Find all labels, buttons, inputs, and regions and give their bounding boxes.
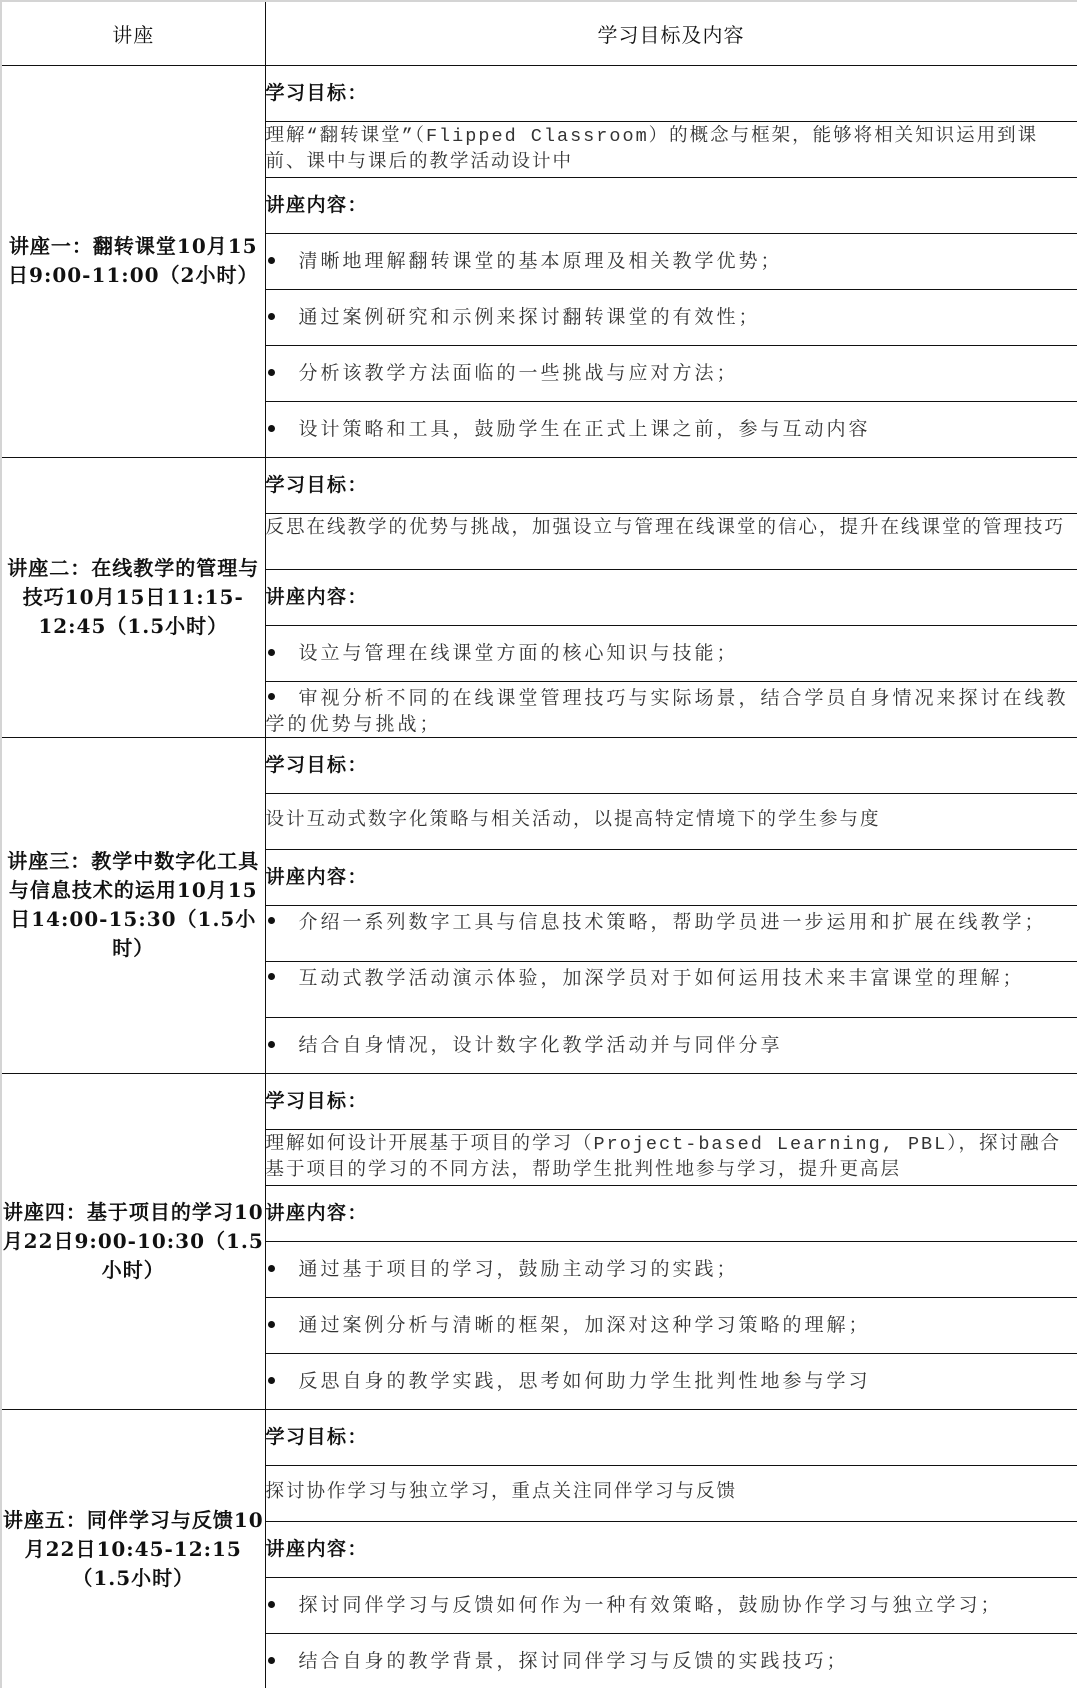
bullet-text: 设计策略和工具，鼓励学生在正式上课之前，参与互动内容 [299,418,871,440]
lecture-4-title: 讲座四：基于项目的学习10月22日9:00-10:30（1.5小时） [2,1073,265,1409]
column-header-lecture: 讲座 [2,2,265,65]
objectives-label: 学习目标： [265,65,1077,121]
bullet-text: 分析该教学方法面临的一些挑战与应对方法； [299,362,739,384]
bullet-text: 反思自身的教学实践，思考如何助力学生批判性地参与学习 [299,1370,871,1392]
content-label: 讲座内容： [265,569,1077,625]
lecture-3-objective: 设计互动式数字化策略与相关活动，以提高特定情境下的学生参与度 [265,793,1077,849]
lecture-5-objectives-label-row: 讲座五：同伴学习与反馈10月22日10:45-12:15（1.5小时） 学习目标… [2,1409,1077,1465]
lecture-2-objective: 反思在线教学的优势与挑战，加强设立与管理在线课堂的信心，提升在线课堂的管理技巧 [265,513,1077,569]
bullet-icon [268,1657,275,1664]
bullet-text: 审视分析不同的在线课堂管理技巧与实际场景，结合学员自身情况来探讨在线教学的优势与… [266,687,1069,735]
lecture-1-bullet-2: 通过案例研究和示例来探讨翻转课堂的有效性； [265,289,1077,345]
objectives-label: 学习目标： [265,737,1077,793]
bullet-icon [268,917,275,924]
lecture-3-title: 讲座三：教学中数字化工具与信息技术的运用10月15日14:00-15:30（1.… [2,737,265,1073]
column-header-objectives-content: 学习目标及内容 [265,2,1077,65]
lecture-4-bullet-3: 反思自身的教学实践，思考如何助力学生批判性地参与学习 [265,1353,1077,1409]
bullet-icon [268,313,275,320]
document-page: 讲座 学习目标及内容 讲座一：翻转课堂10月15日9:00-11:00（2小时）… [0,0,1077,1688]
lecture-3-objectives-label-row: 讲座三：教学中数字化工具与信息技术的运用10月15日14:00-15:30（1.… [2,737,1077,793]
lecture-2-bullet-1: 设立与管理在线课堂方面的核心知识与技能； [265,625,1077,681]
bullet-text: 结合自身的教学背景，探讨同伴学习与反馈的实践技巧； [299,1650,849,1672]
lecture-5-objective: 探讨协作学习与独立学习，重点关注同伴学习与反馈 [265,1465,1077,1521]
lecture-3-bullet-1: 介绍一系列数字工具与信息技术策略，帮助学员进一步运用和扩展在线教学； [265,905,1077,961]
bullet-text: 通过案例分析与清晰的框架，加深对这种学习策略的理解； [299,1314,871,1336]
lecture-1-objectives-label-row: 讲座一：翻转课堂10月15日9:00-11:00（2小时） 学习目标： [2,65,1077,121]
lecture-4-bullet-1: 通过基于项目的学习，鼓励主动学习的实践； [265,1241,1077,1297]
bullet-icon [268,1321,275,1328]
bullet-icon [268,1601,275,1608]
bullet-text: 探讨同伴学习与反馈如何作为一种有效策略，鼓励协作学习与独立学习； [299,1594,1003,1616]
lecture-4-objectives-label-row: 讲座四：基于项目的学习10月22日9:00-10:30（1.5小时） 学习目标： [2,1073,1077,1129]
lecture-5-bullet-2: 结合自身的教学背景，探讨同伴学习与反馈的实践技巧； [265,1633,1077,1688]
lecture-4-bullet-2: 通过案例分析与清晰的框架，加深对这种学习策略的理解； [265,1297,1077,1353]
lecture-1-title: 讲座一：翻转课堂10月15日9:00-11:00（2小时） [2,65,265,457]
lecture-5-bullet-1: 探讨同伴学习与反馈如何作为一种有效策略，鼓励协作学习与独立学习； [265,1577,1077,1633]
bullet-text: 介绍一系列数字工具与信息技术策略，帮助学员进一步运用和扩展在线教学； [299,911,1047,933]
bullet-text: 通过基于项目的学习，鼓励主动学习的实践； [299,1258,739,1280]
bullet-text: 通过案例研究和示例来探讨翻转课堂的有效性； [299,306,761,328]
bullet-icon [268,257,275,264]
table-header-row: 讲座 学习目标及内容 [2,2,1077,65]
bullet-icon [268,649,275,656]
bullet-text: 互动式教学活动演示体验，加深学员对于如何运用技术来丰富课堂的理解； [299,967,1025,989]
lecture-1-objective: 理解“翻转课堂”（Flipped Classroom）的概念与框架，能够将相关知… [265,121,1077,177]
objectives-label: 学习目标： [265,1409,1077,1465]
bullet-text: 清晰地理解翻转课堂的基本原理及相关教学优势； [299,250,783,272]
bullet-icon [268,693,275,700]
lecture-4-objective: 理解如何设计开展基于项目的学习（Project-based Learning, … [265,1129,1077,1185]
lecture-2-title: 讲座二：在线教学的管理与技巧10月15日11:15-12:45（1.5小时） [2,457,265,737]
content-label: 讲座内容： [265,1521,1077,1577]
content-label: 讲座内容： [265,1185,1077,1241]
bullet-icon [268,973,275,980]
lecture-3-bullet-2: 互动式教学活动演示体验，加深学员对于如何运用技术来丰富课堂的理解； [265,961,1077,1017]
bullet-icon [268,1041,275,1048]
bullet-icon [268,1377,275,1384]
bullet-icon [268,425,275,432]
lecture-3-bullet-3: 结合自身情况，设计数字化教学活动并与同伴分享 [265,1017,1077,1073]
lecture-1-bullet-1: 清晰地理解翻转课堂的基本原理及相关教学优势； [265,233,1077,289]
content-label: 讲座内容： [265,177,1077,233]
bullet-text: 结合自身情况，设计数字化教学活动并与同伴分享 [299,1034,783,1056]
bullet-icon [268,1265,275,1272]
lecture-1-bullet-4: 设计策略和工具，鼓励学生在正式上课之前，参与互动内容 [265,401,1077,457]
content-label: 讲座内容： [265,849,1077,905]
lecture-1-bullet-3: 分析该教学方法面临的一些挑战与应对方法； [265,345,1077,401]
lecture-2-bullet-2: 审视分析不同的在线课堂管理技巧与实际场景，结合学员自身情况来探讨在线教学的优势与… [265,681,1077,737]
lecture-schedule-table: 讲座 学习目标及内容 讲座一：翻转课堂10月15日9:00-11:00（2小时）… [2,2,1077,1688]
bullet-text: 设立与管理在线课堂方面的核心知识与技能； [299,642,739,664]
lecture-5-title: 讲座五：同伴学习与反馈10月22日10:45-12:15（1.5小时） [2,1409,265,1688]
bullet-icon [268,369,275,376]
objective-text: 理解如何设计开展基于项目的学习（Project-based Learning, … [266,1132,1077,1184]
objectives-label: 学习目标： [265,457,1077,513]
lecture-2-objectives-label-row: 讲座二：在线教学的管理与技巧10月15日11:15-12:45（1.5小时） 学… [2,457,1077,513]
objectives-label: 学习目标： [265,1073,1077,1129]
